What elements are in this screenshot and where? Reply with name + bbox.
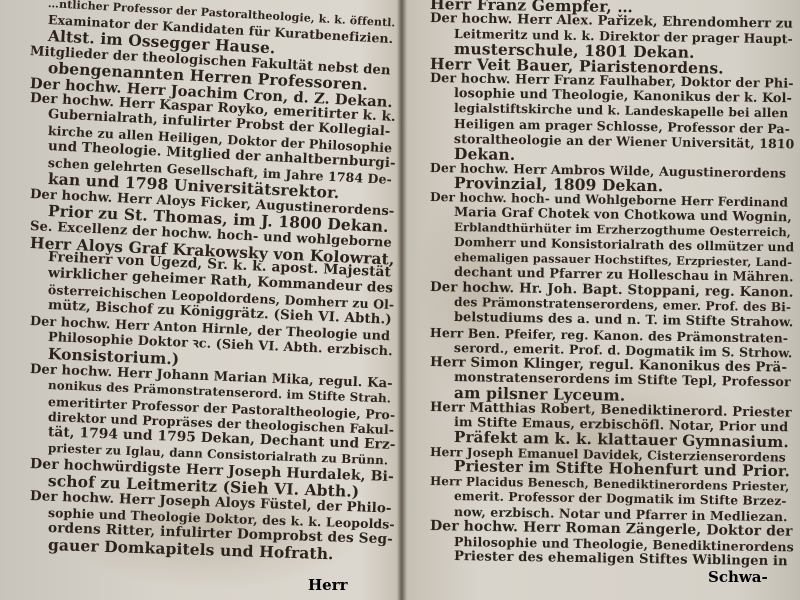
left-catchword: Herr xyxy=(308,576,348,594)
right-page: Herr Franz Gempfer, …Der hochw. Herr Ale… xyxy=(404,0,800,600)
book-spread: …ntlicher Professor der Pastoraltheologi… xyxy=(0,0,800,600)
left-page: …ntlicher Professor der Pastoraltheologi… xyxy=(0,0,400,600)
right-catchword: Schwa- xyxy=(708,568,768,586)
